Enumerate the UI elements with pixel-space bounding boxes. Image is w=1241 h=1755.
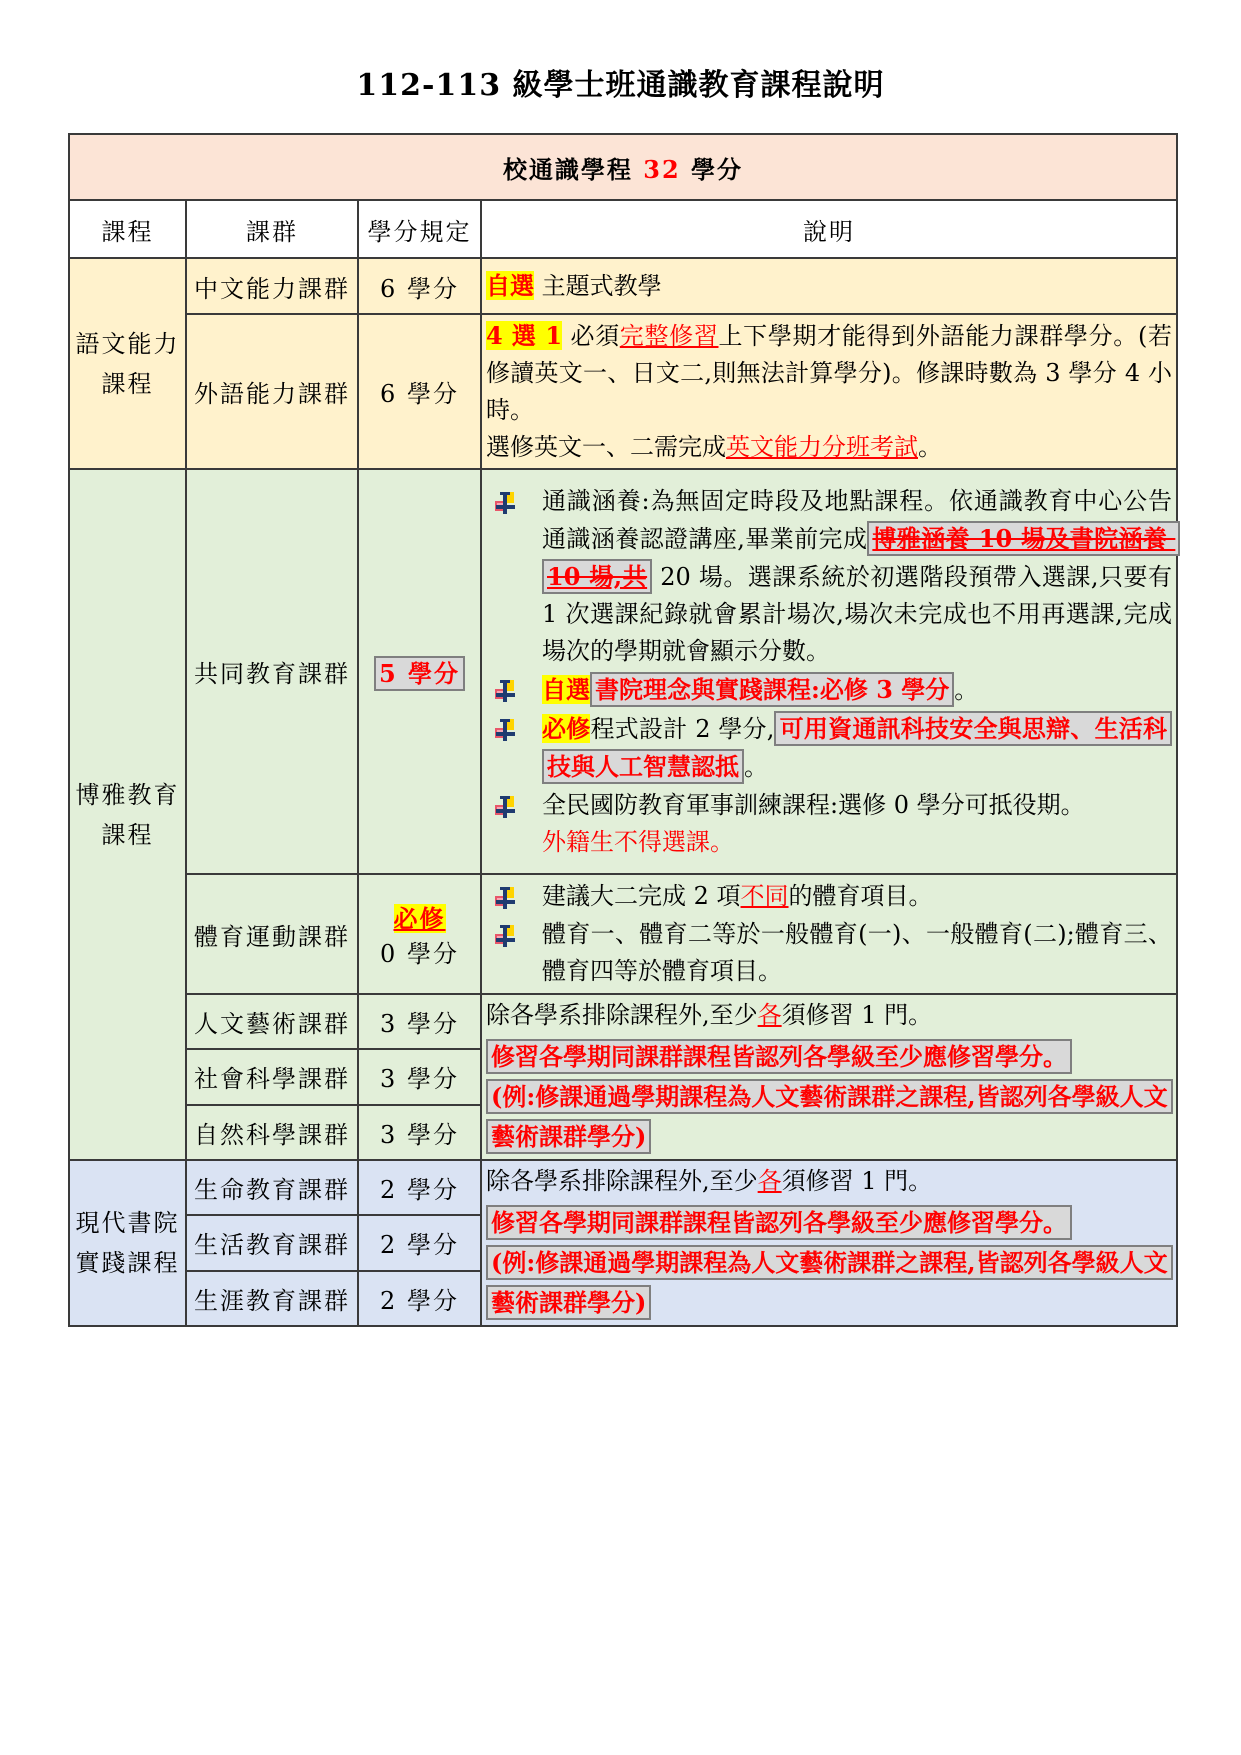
bullet-item: 體育一、體育二等於一般體育(一)、一般體育(二);體育三、體育四等於體育項目。 <box>486 916 1172 990</box>
credits-living: 2 學分 <box>358 1215 481 1270</box>
text-segment: 程式設計 2 學分, <box>590 715 774 743</box>
desc-liberal-shared: 除各學系排除課程外,至少各須修習 1 門。 修習各學期同課群課程皆認列各學級至少… <box>481 994 1177 1160</box>
credits-social: 3 學分 <box>358 1049 481 1104</box>
desc-college-intro: 除各學系排除課程外,至少各須修習 1 門。 <box>486 1163 1172 1200</box>
section-label-liberal: 博雅教育 課程 <box>69 469 186 1160</box>
document-page: 112-113 級學士班通識教育課程說明 校通識學程 32 學分 課程 課群 學… <box>0 0 1241 1755</box>
row-common-education: 博雅教育 課程 共同教育課群 5 學分 通識涵養:為無固定時段及地點課程。依通識… <box>69 469 1177 874</box>
text-segment: 除各學系排除課程外,至少 <box>486 1001 758 1029</box>
styled-text-segment: 各 <box>758 1001 782 1029</box>
desc-college-note: 修習各學期同課群課程皆認列各學級至少應修習學分。(例:修課通過學期課程為人文藝術… <box>486 1203 1172 1323</box>
desc-common: 通識涵養:為無固定時段及地點課程。依通識教育中心公告通識涵養認證講座,畢業前完成… <box>481 469 1177 874</box>
styled-text-segment: 32 <box>643 155 680 184</box>
row-humanities: 人文藝術課群 3 學分 除各學系排除課程外,至少各須修習 1 門。 修習各學期同… <box>69 994 1177 1049</box>
header-course: 課程 <box>69 200 186 258</box>
styled-text-segment: (例:修課通過學期課程為人文藝術課群之課程,皆認列各學級人文藝術課群學分) <box>486 1079 1173 1154</box>
styled-text-segment: (例:修課通過學期課程為人文藝術課群之課程,皆認列各學級人文藝術課群學分) <box>486 1245 1173 1320</box>
group-natural: 自然科學課群 <box>186 1105 358 1160</box>
credits-foreign: 6 學分 <box>358 314 481 469</box>
credits-natural: 3 學分 <box>358 1105 481 1160</box>
bullet-text: 通識涵養:為無固定時段及地點課程。依通識教育中心公告通識涵養認證講座,畢業前完成… <box>542 483 1172 670</box>
bullet-icon <box>492 885 522 911</box>
text-segment: 的體育項目。 <box>789 882 933 910</box>
column-header-row: 課程 課群 學分規定 說明 <box>69 200 1177 258</box>
header-description: 說明 <box>481 200 1177 258</box>
desc-chinese: 自選 主題式教學 <box>481 258 1177 314</box>
text-segment: 。 <box>744 753 768 781</box>
credits-humanities: 3 學分 <box>358 994 481 1049</box>
group-common: 共同教育課群 <box>186 469 358 874</box>
credits-life: 2 學分 <box>358 1160 481 1215</box>
text-segment: 全民國防教育軍事訓練課程:選修 0 學分可抵役期。 <box>542 791 1085 819</box>
styled-text-segment: 外籍生不得選課。 <box>542 828 734 856</box>
desc-liberal-note: 修習各學期同課群課程皆認列各學級至少應修習學分。(例:修課通過學期課程為人文藝術… <box>486 1037 1172 1157</box>
styled-text-segment: 書院理念與實踐課程:必修 3 學分 <box>590 672 954 707</box>
table-band-row: 校通識學程 32 學分 <box>69 134 1177 200</box>
text-segment: 須修習 1 門。 <box>782 1001 933 1029</box>
text-segment: 建議大二完成 2 項 <box>542 882 741 910</box>
styled-text-segment: 完整修習 <box>620 322 719 350</box>
text-segment: 0 學分 <box>380 940 459 968</box>
text-segment: 。 <box>918 433 942 461</box>
styled-text-segment: 不同 <box>741 882 789 910</box>
styled-text-segment: 自選 <box>486 271 534 300</box>
bullet-icon <box>492 923 522 949</box>
header-group: 課群 <box>186 200 358 258</box>
styled-text-segment: 必修 <box>542 714 590 743</box>
credits-pe: 必修0 學分 <box>358 874 481 994</box>
text-segment: 除各學系排除課程外,至少 <box>486 1167 758 1195</box>
text-segment: 3 學分 <box>380 1065 459 1093</box>
desc-liberal-intro: 除各學系排除課程外,至少各須修習 1 門。 <box>486 997 1172 1034</box>
group-life: 生命教育課群 <box>186 1160 358 1215</box>
bullet-text: 體育一、體育二等於一般體育(一)、一般體育(二);體育三、體育四等於體育項目。 <box>542 916 1172 990</box>
styled-text-segment: 必修 <box>394 904 446 933</box>
bullet-item: 建議大二完成 2 項不同的體育項目。 <box>486 878 1172 915</box>
row-life-education: 現代書院 實踐課程 生命教育課群 2 學分 除各學系排除課程外,至少各須修習 1… <box>69 1160 1177 1215</box>
credits-chinese: 6 學分 <box>358 258 481 314</box>
styled-text-segment: 5 學分 <box>374 656 465 691</box>
styled-text-segment: 4 選 1 <box>486 321 562 350</box>
styled-text-segment: 各 <box>758 1167 782 1195</box>
text-segment: 須修習 1 門。 <box>782 1167 933 1195</box>
credits-career: 2 學分 <box>358 1271 481 1326</box>
bullet-text: 必修程式設計 2 學分,可用資通訊科技安全與思辯、生活科技與人工智慧認抵。 <box>542 710 1172 786</box>
bullet-item: 通識涵養:為無固定時段及地點課程。依通識教育中心公告通識涵養認證講座,畢業前完成… <box>486 483 1172 670</box>
text-segment: 3 學分 <box>380 1010 459 1038</box>
text-segment: 校通識學程 <box>503 155 643 184</box>
styled-text-segment: 修習各學期同課群課程皆認列各學級至少應修習學分。 <box>486 1039 1072 1074</box>
bullet-text: 自選書院理念與實踐課程:必修 3 學分。 <box>542 671 1172 709</box>
bullet-icon <box>492 717 522 743</box>
header-credits: 學分規定 <box>358 200 481 258</box>
styled-text-segment: 修習各學期同課群課程皆認列各學級至少應修習學分。 <box>486 1205 1072 1240</box>
text-segment: 2 學分 <box>380 1231 459 1259</box>
bullet-icon <box>492 678 522 704</box>
text-segment: 必須 <box>562 322 620 350</box>
group-career: 生涯教育課群 <box>186 1271 358 1326</box>
group-pe: 體育運動課群 <box>186 874 358 994</box>
bullet-icon <box>492 490 522 516</box>
section-label-language: 語文能力 課程 <box>69 258 186 469</box>
desc-pe: 建議大二完成 2 項不同的體育項目。體育一、體育二等於一般體育(一)、一般體育(… <box>481 874 1177 994</box>
page-title: 112-113 級學士班通識教育課程說明 <box>0 60 1241 104</box>
bullet-item: 自選書院理念與實踐課程:必修 3 學分。 <box>486 671 1172 709</box>
table-band-title: 校通識學程 32 學分 <box>69 134 1177 200</box>
styled-text-segment: 自選 <box>542 675 590 704</box>
row-foreign-language: 外語能力課群 6 學分 4 選 1 必須完整修習上下學期才能得到外語能力課群學分… <box>69 314 1177 469</box>
desc-college-shared: 除各學系排除課程外,至少各須修習 1 門。 修習各學期同課群課程皆認列各學級至少… <box>481 1160 1177 1326</box>
text-segment: 2 學分 <box>380 1176 459 1204</box>
row-chinese-ability: 語文能力 課程 中文能力課群 6 學分 自選 主題式教學 <box>69 258 1177 314</box>
text-segment: 體育一、體育二等於一般體育(一)、一般體育(二);體育三、體育四等於體育項目。 <box>542 920 1172 985</box>
bullet-item: 必修程式設計 2 學分,可用資通訊科技安全與思辯、生活科技與人工智慧認抵。 <box>486 710 1172 786</box>
group-living: 生活教育課群 <box>186 1215 358 1270</box>
row-physical-education: 體育運動課群 必修0 學分 建議大二完成 2 項不同的體育項目。體育一、體育二等… <box>69 874 1177 994</box>
text-segment: 學分 <box>681 155 743 184</box>
bullet-item: 全民國防教育軍事訓練課程:選修 0 學分可抵役期。外籍生不得選課。 <box>486 787 1172 861</box>
group-social: 社會科學課群 <box>186 1049 358 1104</box>
group-chinese: 中文能力課群 <box>186 258 358 314</box>
text-segment: 主題式教學 <box>534 272 662 300</box>
text-segment: 3 學分 <box>380 1121 459 1149</box>
bullet-text: 建議大二完成 2 項不同的體育項目。 <box>542 878 1172 915</box>
desc-foreign: 4 選 1 必須完整修習上下學期才能得到外語能力課群學分。(若修讀英文一、日文二… <box>481 314 1177 469</box>
section-label-college: 現代書院 實踐課程 <box>69 1160 186 1326</box>
course-requirements-table: 校通識學程 32 學分 課程 課群 學分規定 說明 語文能力 課程 中文能力課群… <box>68 133 1178 1327</box>
text-segment: 6 學分 <box>380 380 459 408</box>
text-segment: 2 學分 <box>380 1287 459 1315</box>
bullet-icon <box>492 794 522 820</box>
styled-text-segment: 英文能力分班考試 <box>726 433 918 461</box>
group-humanities: 人文藝術課群 <box>186 994 358 1049</box>
bullet-text: 全民國防教育軍事訓練課程:選修 0 學分可抵役期。外籍生不得選課。 <box>542 787 1172 861</box>
text-segment: 選修英文一、二需完成 <box>486 433 726 461</box>
text-segment: 6 學分 <box>380 275 459 303</box>
text-segment: 。 <box>954 676 978 704</box>
credits-common: 5 學分 <box>358 469 481 874</box>
group-foreign: 外語能力課群 <box>186 314 358 469</box>
